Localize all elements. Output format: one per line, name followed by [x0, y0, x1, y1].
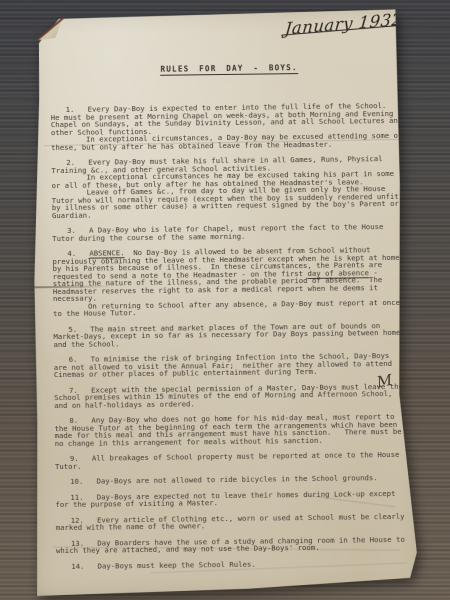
rule-paragraph: 13. Day Boarders have the use of a study…	[56, 535, 408, 554]
rule-1: 1. Every Day-Boy is expected to enter in…	[51, 102, 404, 151]
document-sheet: January 1932 RULES FOR DAY - BOYS. 1. Ev…	[26, 6, 423, 599]
handwritten-margin-mark: M	[376, 377, 392, 387]
rule-paragraph: 11. Day-Boys are expected not to leave t…	[55, 489, 407, 508]
rule-paragraph: 3. A Day-Boy who is late for Chapel, mus…	[52, 223, 404, 242]
rule-4: 4. ABSENCE. No Day-Boy is allowed to be …	[52, 246, 405, 318]
document-content: January 1932 RULES FOR DAY - BOYS. 1. Ev…	[50, 36, 409, 598]
document-title: RULES FOR DAY - BOYS.	[56, 62, 402, 74]
rule-12: 12. Every article of Clothing etc., worn…	[56, 512, 408, 531]
rule-paragraph: 9. All breakages of School property must…	[55, 451, 407, 470]
rule-5: 5. The main street and market places of …	[53, 321, 405, 348]
rule-7: 7. Except with the special permission of…	[54, 382, 406, 409]
rule-6: 6. To minimise the risk of bringing Infe…	[54, 352, 406, 379]
rule-11: 11. Day-Boys are expected not to leave t…	[55, 489, 407, 508]
rule-9: 9. All breakages of School property must…	[55, 451, 407, 470]
rule-paragraph: 4. ABSENCE. No Day-Boy is allowed to be …	[52, 246, 405, 303]
paper: January 1932 RULES FOR DAY - BOYS. 1. Ev…	[26, 6, 423, 599]
rule-paragraph: 14. Day-Boys must keep the School Rules.	[56, 558, 408, 570]
rule-paragraph: 7. Except with the special permission of…	[54, 382, 406, 409]
rule-paragraph: 5. The main street and market places of …	[53, 321, 405, 348]
rule-8: 8. Any Day-Boy who does not go home for …	[54, 413, 406, 447]
handwritten-date: January 1932	[281, 15, 405, 35]
rules-list: 1. Every Day-Boy is expected to enter in…	[51, 102, 409, 570]
rule-paragraph: In exceptional circumstances, a Day-Boy …	[51, 132, 403, 151]
rule-paragraph: 6. To minimise the risk of bringing Infe…	[54, 352, 406, 379]
rule-10: 10. Day-Boys are not allowed to ride bic…	[55, 474, 407, 486]
document-title-text: RULES FOR DAY - BOYS.	[160, 63, 297, 76]
rule-2: 2. Every Day-Boy must take his full shar…	[51, 155, 404, 219]
rule-paragraph: 12. Every article of Clothing etc., worn…	[56, 512, 408, 531]
rule-14: 14. Day-Boys must keep the School Rules.	[56, 558, 408, 570]
rule-3: 3. A Day-Boy who is late for Chapel, mus…	[52, 223, 404, 242]
rule-paragraph: On returning to School after any absence…	[53, 298, 405, 317]
rule-13: 13. Day Boarders have the use of a study…	[56, 535, 408, 554]
rule-paragraph: 10. Day-Boys are not allowed to ride bic…	[55, 474, 407, 486]
rule-paragraph: 8. Any Day-Boy who does not go home for …	[54, 413, 406, 447]
rule-paragraph: Leave off Games &c., from day to day wil…	[52, 185, 404, 219]
